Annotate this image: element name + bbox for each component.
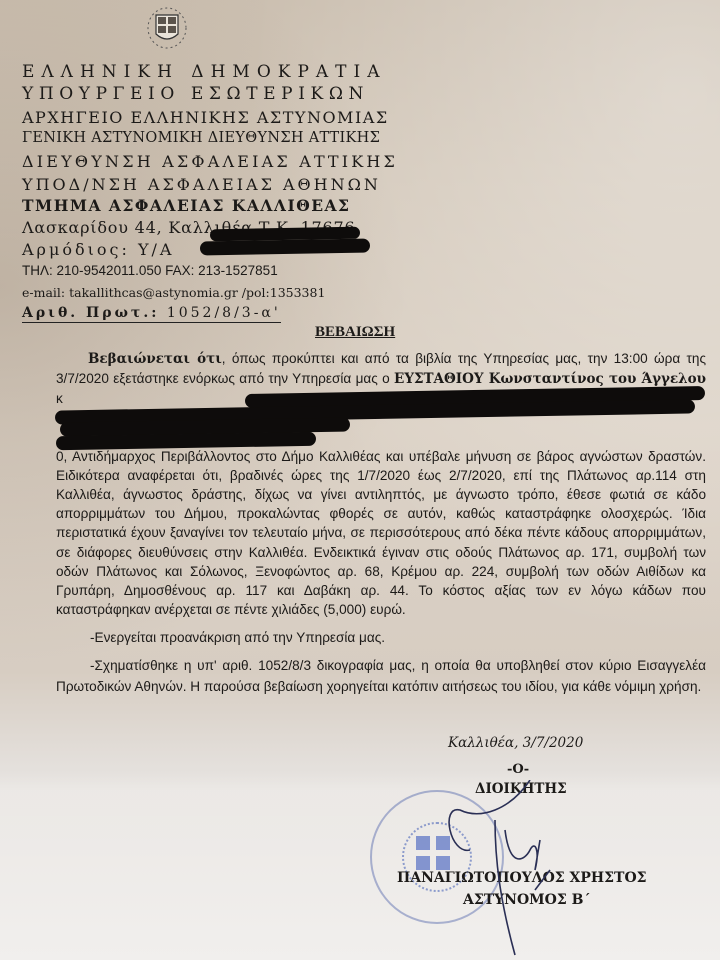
place-date: Καλλιθέα, 3/7/2020 — [448, 735, 583, 751]
document-title: ΒΕΒΑΙΩΣΗ — [315, 324, 395, 341]
header-line-security-directorate: ΔΙΕΥΘΥΝΣΗ ΑΣΦΑΛΕΙΑΣ ΑΤΤΙΚΗΣ — [22, 152, 398, 171]
redacted-start: κ — [56, 391, 63, 406]
complainant-name: ΕΥΣΤΑΘΙΟΥ Κωνσταντίνος του Άγγελου — [394, 371, 706, 387]
incident-text: 0, Αντιδήμαρχος Περιβάλλοντος στο Δήμο Κ… — [56, 449, 706, 618]
header-line-department: ΤΜΗΜΑ ΑΣΦΑΛΕΙΑΣ ΚΑΛΛΙΘΕΑΣ — [22, 196, 351, 215]
header-line-subdirectorate: ΥΠΟΔ/ΝΣΗ ΑΣΦΑΛΕΙΑΣ ΑΘΗΝΩΝ — [22, 175, 381, 194]
redaction-mark — [200, 239, 370, 256]
header-phone: ΤΗΛ: 210-9542011.050 FAX: 213-1527851 — [22, 263, 278, 278]
header-line-republic: ΕΛΛΗΝΙΚΗ ΔΗΜΟΚΡΑΤΙΑ — [22, 62, 387, 82]
greek-coat-of-arms-icon — [145, 6, 189, 50]
note-investigation: -Ενεργείται προανάκριση από την Υπηρεσία… — [90, 630, 385, 645]
note-case-file: -Σχηματίσθηκε η υπ' αριθ. 1052/8/3 δικογ… — [56, 655, 706, 697]
header-line-ministry: ΥΠΟΥΡΓΕΙΟ ΕΣΩΤΕΡΙΚΩΝ — [22, 84, 369, 104]
protocol-label: Αριθ. Πρωτ.: — [22, 305, 159, 321]
protocol-number: 1052/8/3-α' — [167, 305, 281, 321]
certify-opening: Βεβαιώνεται ότι — [88, 351, 222, 367]
header-line-headquarters: ΑΡΧΗΓΕΙΟ ΕΛΛΗΝΙΚΗΣ ΑΣΤΥΝΟΜΙΑΣ — [22, 108, 389, 127]
header-protocol: Αριθ. Πρωτ.: 1052/8/3-α' — [22, 305, 281, 323]
header-line-general-directorate: ΓΕΝΙΚΗ ΑΣΤΥΝΟΜΙΚΗ ΔΙΕΥΘΥΝΣΗ ΑΤΤΙΚΗΣ — [22, 130, 380, 146]
signature-article: -Ο- — [507, 762, 529, 777]
header-email: e-mail: takallithcas@astynomia.gr /pol:1… — [22, 285, 325, 300]
handwritten-signature-icon — [440, 780, 560, 960]
header-responsible: Αρμόδιος: Υ/Α — [22, 240, 174, 259]
